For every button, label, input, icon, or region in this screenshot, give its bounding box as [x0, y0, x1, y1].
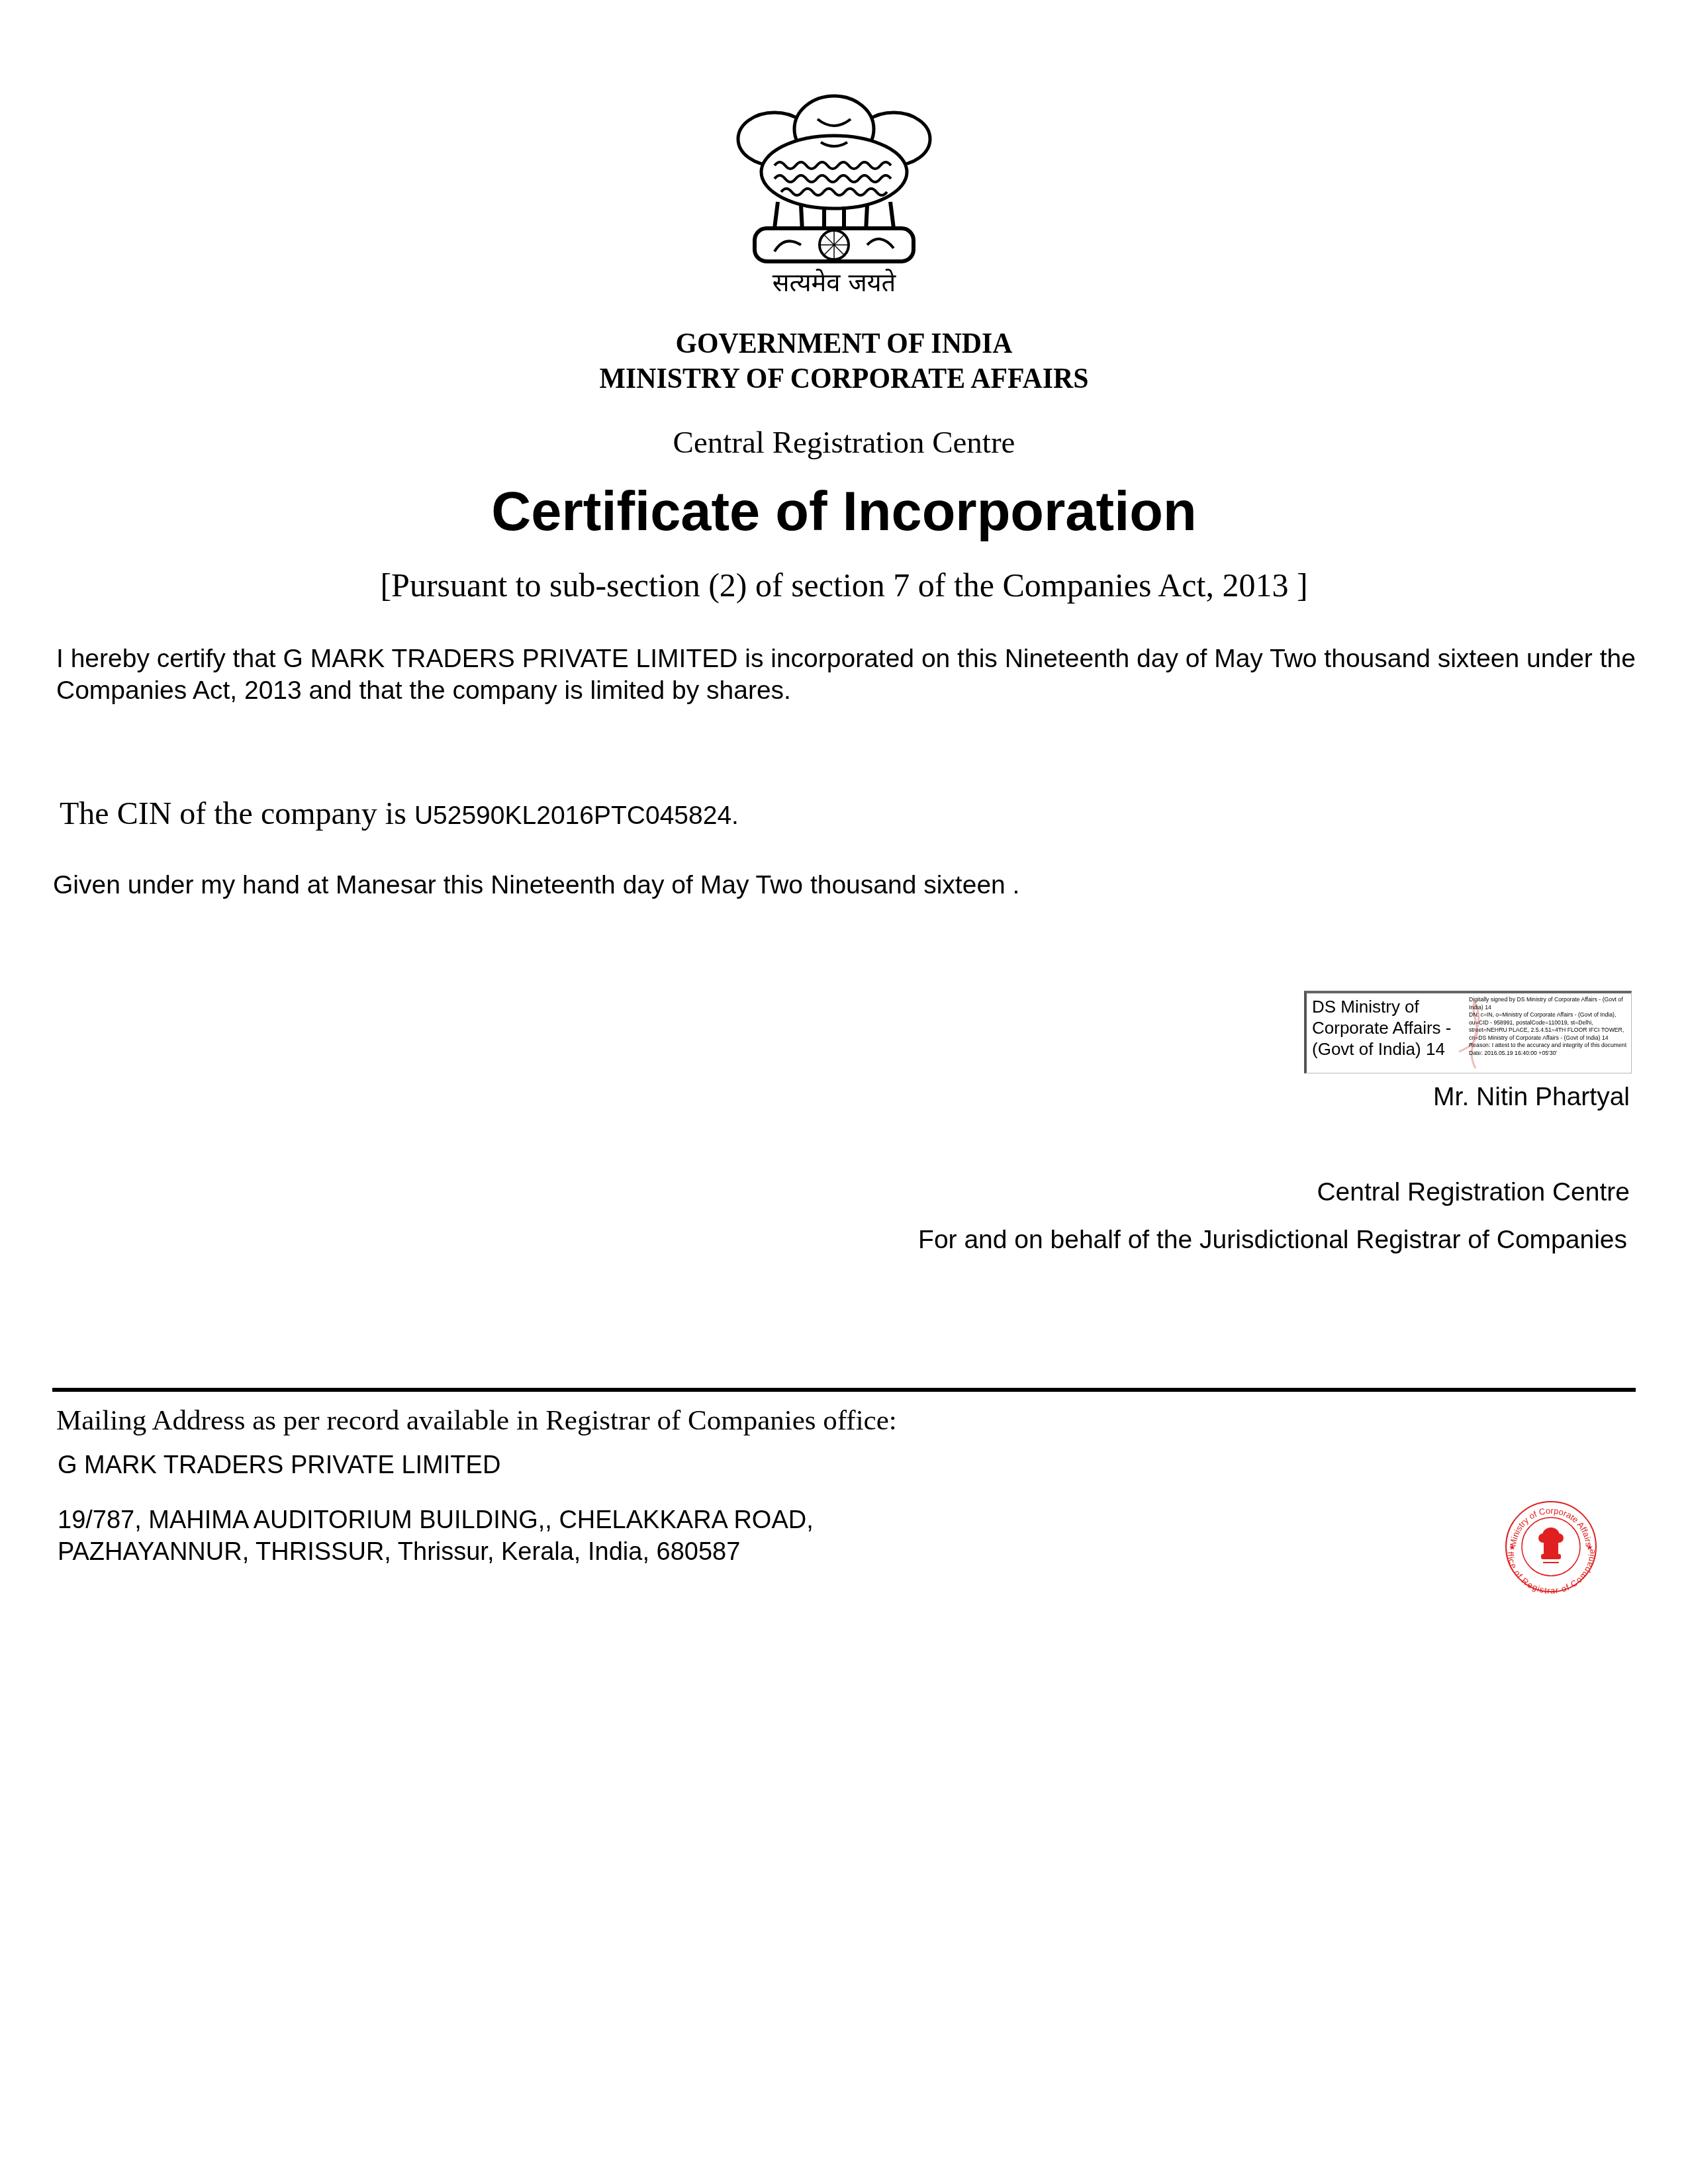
signatory-name: Mr. Nitin Phartyal	[1433, 1083, 1630, 1112]
signature-details: Digitally signed by DS Ministry of Corpo…	[1469, 996, 1628, 1057]
certification-statement: I hereby certify that G MARK TRADERS PRI…	[56, 643, 1645, 707]
cin-value: U52590KL2016PTC045824.	[414, 801, 739, 830]
cin-label: The CIN of the company is	[60, 796, 406, 831]
digital-signature-box[interactable]: DS Ministry of Corporate Affairs - (Govt…	[1304, 991, 1632, 1073]
mailing-company-name: G MARK TRADERS PRIVATE LIMITED	[58, 1451, 500, 1480]
signature-date: Date: 2016.05.19 16:40:00 +05'30'	[1469, 1050, 1628, 1058]
office-heading: Central Registration Centre	[0, 425, 1688, 461]
svg-text:★: ★	[1509, 1543, 1516, 1552]
ministry-heading: MINISTRY OF CORPORATE AFFAIRS	[59, 361, 1629, 395]
emblem-motto: सत्यमेव जयते	[715, 265, 953, 299]
government-heading: GOVERNMENT OF INDIA	[59, 326, 1629, 360]
signatory-office: Central Registration Centre	[1317, 1178, 1630, 1207]
section-divider	[52, 1388, 1636, 1392]
mailing-address-line2: PAZHAYANNUR, THRISSUR, Thrissur, Kerala,…	[58, 1538, 740, 1567]
signature-dn: DN: c=IN, o=Ministry of Corporate Affair…	[1469, 1011, 1628, 1042]
pursuant-clause: [Pursuant to sub-section (2) of section …	[0, 566, 1688, 604]
certificate-title: Certificate of Incorporation	[0, 480, 1688, 543]
signatory-behalf: For and on behalf of the Jurisdictional …	[918, 1226, 1627, 1255]
svg-text:★: ★	[1586, 1543, 1593, 1552]
signature-signed-by: Digitally signed by DS Ministry of Corpo…	[1469, 996, 1628, 1011]
signer-display-name: DS Ministry of Corporate Affairs - (Govt…	[1312, 996, 1470, 1060]
given-under-hand-statement: Given under my hand at Manesar this Nine…	[53, 870, 1019, 901]
signature-reason: Reason: I attest to the accuracy and int…	[1469, 1042, 1628, 1050]
mailing-address-line1: 19/787, MAHIMA AUDITORIUM BUILDING,, CHE…	[58, 1506, 814, 1535]
mailing-address-label: Mailing Address as per record available …	[56, 1404, 897, 1437]
roc-seal-icon: Ministry of Corporate Affairs Office of …	[1501, 1497, 1601, 1596]
cin-statement: The CIN of the company isU52590KL2016PTC…	[60, 796, 739, 832]
